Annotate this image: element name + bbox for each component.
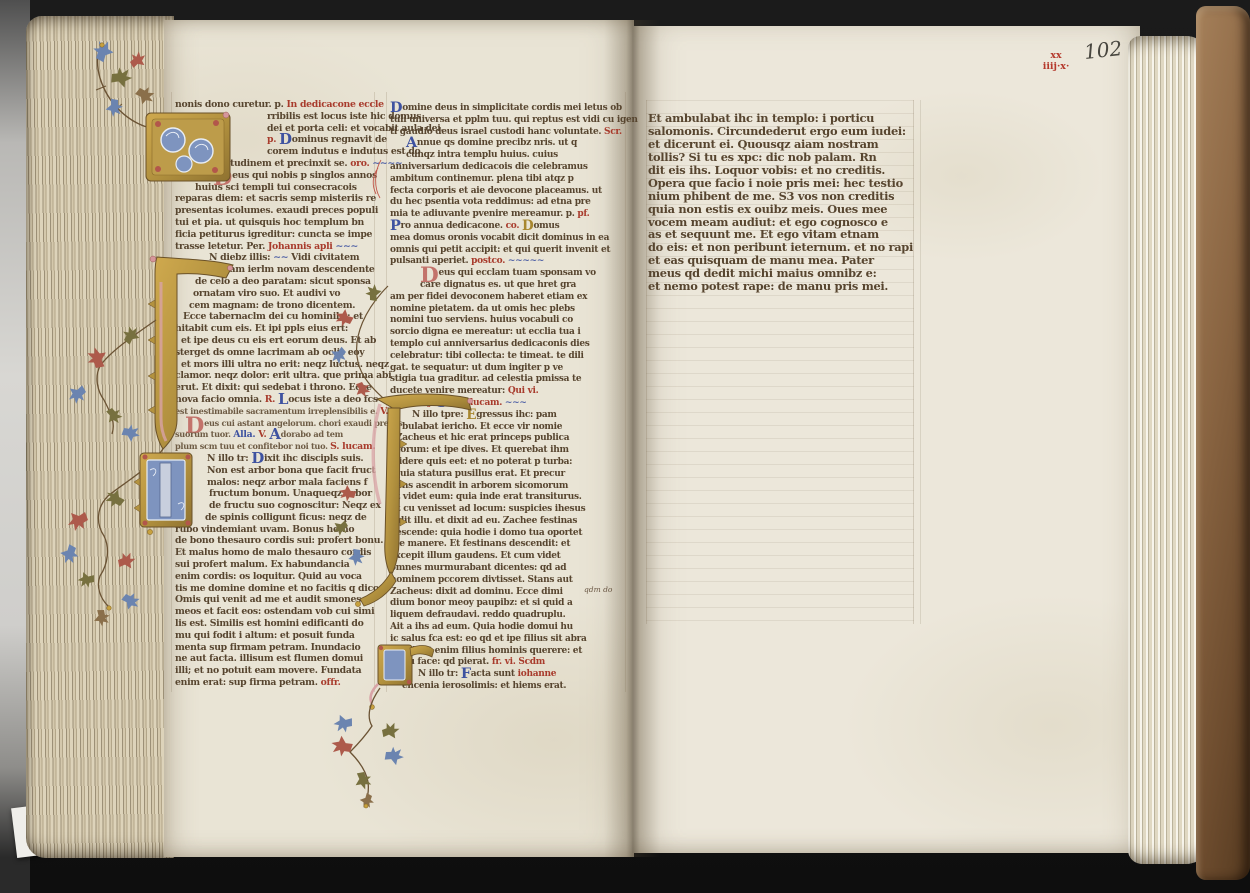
manuscript-text-line: as et sequunt me. Et ego vitam etnam (648, 227, 910, 240)
manuscript-text-line: mia te adiuvante pvenire mereamur. p. pf… (390, 209, 626, 221)
ruling-line-vertical (386, 92, 387, 692)
manuscript-text-line: hitabit cum eis. Et ipi ppls eius ert: (175, 323, 373, 335)
manuscript-text-line: omnis qui petit accipit: et qui querit i… (390, 245, 626, 257)
leather-cover (1196, 6, 1250, 880)
manuscript-text-line: stigia tua graditur. ad celestia pmissa … (390, 374, 626, 386)
manuscript-text-line: Pro annua dedicacone. co. Domus (390, 221, 626, 233)
manuscript-text-line: plum scm tuu et confitebor noi tuo. S. l… (175, 441, 373, 453)
manuscript-text-line: Et cu venisset ad locum: suspicies ihesu… (390, 504, 626, 516)
manuscript-text-line: rribilis est locus iste hic domus (175, 111, 373, 123)
manuscript-text-line: dei et porta celi: et vocabit aula dei. (175, 123, 373, 135)
manuscript-text-line: Ecce tabernaclm dei cu hominibz: et (175, 311, 373, 323)
manuscript-text-line: sorcio digna ee mereatur: ut ecclia tua … (390, 327, 626, 339)
manuscript-text-line: et mors illi ultra no erit: neqz luctus.… (175, 359, 373, 371)
manuscript-text-line: Non est arbor bona que facit fruct (175, 465, 373, 477)
ruling-line-vertical (920, 100, 921, 624)
manuscript-text-line: nova facio omnia. R. Locus iste a deo fc… (175, 394, 373, 406)
manuscript-text-line: nomini tuo serviens. huius vocabuli co (390, 315, 626, 327)
manuscript-text-line: ficia petiturus igreditur: cuncta se imp… (175, 229, 373, 241)
manuscript-text-line: Zacheus et hic erat princeps publica (390, 433, 626, 445)
manuscript-text-line: lis est. Similis est homini edificanti d… (175, 618, 373, 630)
manuscript-text-line: do eis: et non peribunt ieternum. et no … (648, 240, 910, 253)
manuscript-text-line: omnes murmurabant dicentes: qd ad (390, 563, 626, 575)
manuscript-text-line: et eas quisquam de manu mea. Pater (648, 253, 910, 266)
ruling-line-vertical (171, 92, 172, 692)
manuscript-text-line: he. Venit enim filius hominis querere: e… (390, 646, 626, 658)
manuscript-text-line: cunqz intra templu huius. cuius (390, 150, 626, 162)
manuscript-text-line: rens ascendit in arborem sicomorum (390, 481, 626, 493)
manuscript-photo: nonis dono curetur. p. In dedicacone ecc… (0, 0, 1250, 893)
manuscript-text-line: videre quis eet: et no poterat p turba: (390, 457, 626, 469)
manuscript-text-line: huius sci templi tui consecracois (175, 182, 373, 194)
manuscript-text-line: anniversarium dedicacois die celebramus (390, 162, 626, 174)
manuscript-text-line: descende: quia hodie i domo tua oportet (390, 528, 626, 540)
manuscript-text-line: tuli universa et pplm tuu. qui reptus es… (390, 115, 626, 127)
manuscript-text-line: menta sup firmam petram. Inundacio (175, 642, 373, 654)
manuscript-text-line: norum: et ipe dives. Et querebat ihm (390, 445, 626, 457)
manuscript-text-line: p. Dominus regnavit de (175, 134, 373, 146)
manuscript-text-line: vidit illu. et dixit ad eu. Zachee festi… (390, 516, 626, 528)
manuscript-text-line: mea domus oronis vocabit dicit dominus i… (390, 233, 626, 245)
manuscript-text-line: liquem defraudavi. reddo quadruplu. (390, 610, 626, 622)
manuscript-text-line: clamor. neqz dolor: erit ultra. que prim… (175, 370, 373, 382)
ruling-line-vertical (374, 92, 375, 692)
manuscript-text-line: ic salus fca est: eo qd et ipe filius si… (390, 634, 626, 646)
manuscript-text-line: tis me domine domine et no facitis q dic… (175, 583, 373, 595)
manuscript-text-line: et ipe deus cu eis ert eorum deus. Et ab (175, 335, 373, 347)
manuscript-text-line: tollis? Si tu es xpc: dic nob palam. Rn (648, 150, 910, 163)
manuscript-text-line: rubo vindemiant uvam. Bonus homo (175, 524, 373, 536)
manuscript-text-line: minus fortitudinem et precinxit se. oro.… (175, 158, 373, 170)
manuscript-text-line: trasse letetur. Per. Johannis apli ∼∼∼ (175, 241, 373, 253)
manuscript-text-line: de celo a deo paratam: sicut sponsa (175, 276, 373, 288)
manuscript-text-line: encenia ierosolimis: et hiems erat. (390, 681, 626, 693)
manuscript-text-line: suorum tuor. Alla. V. Adorabo ad tem (175, 429, 373, 441)
manuscript-text-line: fecta corporis et aie devocone placeamus… (390, 186, 626, 198)
manuscript-text-line: de fructu suo cognoscitur: Neqz ex (175, 500, 373, 512)
manuscript-text-line: dit eis ihs. Loquor vobis: et no crediti… (648, 163, 910, 176)
manuscript-text-line: du hec psentia vota reddimus: ad etna pr… (390, 197, 626, 209)
manuscript-text-line: bulabat iericho. Et ecce vir nomie (390, 422, 626, 434)
quire-mark-line1: xx (1034, 50, 1078, 61)
manuscript-text-line: excepit illum gaudens. Et cum videt (390, 551, 626, 563)
manuscript-text-line: erut. Et dixit: qui sedebat i throno. Ec… (175, 382, 373, 394)
manuscript-text-line: corem indutus e indutus est do (175, 146, 373, 158)
manuscript-text-line: ne aut facta. illisum est flumen domui (175, 653, 373, 665)
manuscript-text-line: fructum bonum. Unaqueqz arbor (175, 488, 373, 500)
manuscript-text-line: dium bonor meoy paupibz: et si quid a (390, 598, 626, 610)
manuscript-text-line: nomine pietatem. da ut omis hec plebs (390, 304, 626, 316)
manuscript-text-line: mu qui fodit i altum: et posuit funda (175, 630, 373, 642)
manuscript-text-line: salomonis. Circundederut ergo eum iudei: (648, 124, 910, 137)
folio-number: 102 (1083, 36, 1123, 64)
manuscript-text-line: N diebz illis: ∼∼ Vidi civitatem (175, 252, 373, 264)
manuscript-text-line: reparas diem: et sacris semp misteriis r… (175, 193, 373, 205)
manuscript-text-line: est inestimabile sacramentum irreplensib… (175, 406, 373, 418)
manuscript-text-line: illi; et no potuit eam movere. Fundata (175, 665, 373, 677)
manuscript-text-line: sterget ds omne lacrimam ab oclis eoy (175, 347, 373, 359)
manuscript-text-line: Opera que facio i noie pris mei: hec tes… (648, 176, 910, 189)
manuscript-text-line: N illo tr: Facta sunt iohanne (390, 669, 626, 681)
quire-mark-line2: iiij·x· (1034, 61, 1078, 72)
manuscript-text-line: de bono thesauro cordis sui: profert bon… (175, 535, 373, 547)
manuscript-text-line: ducete venire mereatur: Qui vi. (390, 386, 626, 398)
text-column-left-1: nonis dono curetur. p. In dedicacone ecc… (175, 99, 373, 689)
manuscript-text-line: de spinis colligunt ficus: neqz de (175, 512, 373, 524)
manuscript-text-line: ti gaudio deus israel custodi hanc volun… (390, 127, 626, 139)
manuscript-text-line: me manere. Et festinans descendit: et (390, 539, 626, 551)
manuscript-text-line: ut videt eum: quia inde erat transiturus… (390, 492, 626, 504)
manuscript-text-line: enim erat: sup firma petram. offr. (175, 677, 373, 689)
manuscript-text-line: sui profert malum. Ex habundancia (175, 559, 373, 571)
manuscript-text-line: care dignatus es. ut que hret gra (390, 280, 626, 292)
manuscript-text-line: Et ambulabat ihc in templo: i porticu (648, 111, 910, 124)
manuscript-text-line: ambitum continemur. plena tibi atqz p (390, 174, 626, 186)
manuscript-text-line: enim cordis: os loquitur. Quid au voca (175, 571, 373, 583)
manuscript-text-line: N illo tr: Dixit ihc discipls suis. (175, 453, 373, 465)
manuscript-text-line: et nemo potest rape: de manu pris mei. (648, 279, 910, 292)
manuscript-text-line: ornatam viro suo. Et audivi vo (175, 288, 373, 300)
manuscript-text-line: N illo tpre: Egressus ihc: pam (390, 410, 626, 422)
manuscript-text-line: templo cui anniversarius dedicaconis die… (390, 339, 626, 351)
manuscript-text-line: am per fidei devoconem haberet etiam ex (390, 292, 626, 304)
manuscript-text-line: Ihs. iiij. Scdm lucam. ∼∼∼ (390, 398, 626, 410)
text-column-left-2: Domine deus in simplicitate cordis mei l… (390, 103, 626, 693)
manuscript-text-line: Ait a ihs ad eum. Quia hodie domui hu (390, 622, 626, 634)
margin-note: qdm do (584, 585, 612, 594)
manuscript-text-line: tui et pia. ut quisquis hoc templum bn (175, 217, 373, 229)
manuscript-text-line: Domine deus in simplicitate cordis mei l… (390, 103, 626, 115)
left-page-edge-stack (26, 16, 174, 858)
manuscript-text-line: meus qd dedit michi maius omnibz e: (648, 266, 910, 279)
manuscript-text-line: nium phibent de me. S3 vos non creditis (648, 189, 910, 202)
manuscript-text-line: cem magnam: de trono dicentem. (175, 300, 373, 312)
manuscript-text-line: et dicerunt ei. Quousqz aiam nostram (648, 137, 910, 150)
manuscript-text-line: Omis qui venit ad me et audit smones (175, 594, 373, 606)
manuscript-text-line: malos: neqz arbor mala faciens f (175, 477, 373, 489)
manuscript-text-line: gat. te sequatur: ut dum ingiter p ve (390, 363, 626, 375)
manuscript-text-line: nonis dono curetur. p. In dedicacone ecc… (175, 99, 373, 111)
manuscript-text-line: vocem meam audiut: et ego cognosco e (648, 215, 910, 228)
manuscript-text-line: Annue qs domine precibz nris. ut q (390, 138, 626, 150)
manuscript-text-line: salvu face: qd pierat. fr. vi. Scdm (390, 657, 626, 669)
manuscript-text-line: meos et facit eos: ostendam vob cui simi (175, 606, 373, 618)
manuscript-text-line: quia non estis ex ouibz meis. Oues mee (648, 202, 910, 215)
manuscript-text-line: sanctam ierlm novam descendente (175, 264, 373, 276)
quire-mark: xx iiij·x· (1034, 50, 1078, 72)
manuscript-text-line: celebratur: tibi collecta: te timeat. te… (390, 351, 626, 363)
manuscript-text-line: quia statura pusillus erat. Et precur (390, 469, 626, 481)
manuscript-text-line: presentas icolumes. exaudi preces populi (175, 205, 373, 217)
text-column-right: Et ambulabat ihc in templo: i porticusal… (648, 111, 910, 292)
manuscript-text-line: Deus qui ecclam tuam sponsam vo (390, 268, 626, 280)
manuscript-text-line: Deus qui nobis p singlos annos (175, 170, 373, 182)
manuscript-text-line: Et malus homo de malo thesauro cordis (175, 547, 373, 559)
